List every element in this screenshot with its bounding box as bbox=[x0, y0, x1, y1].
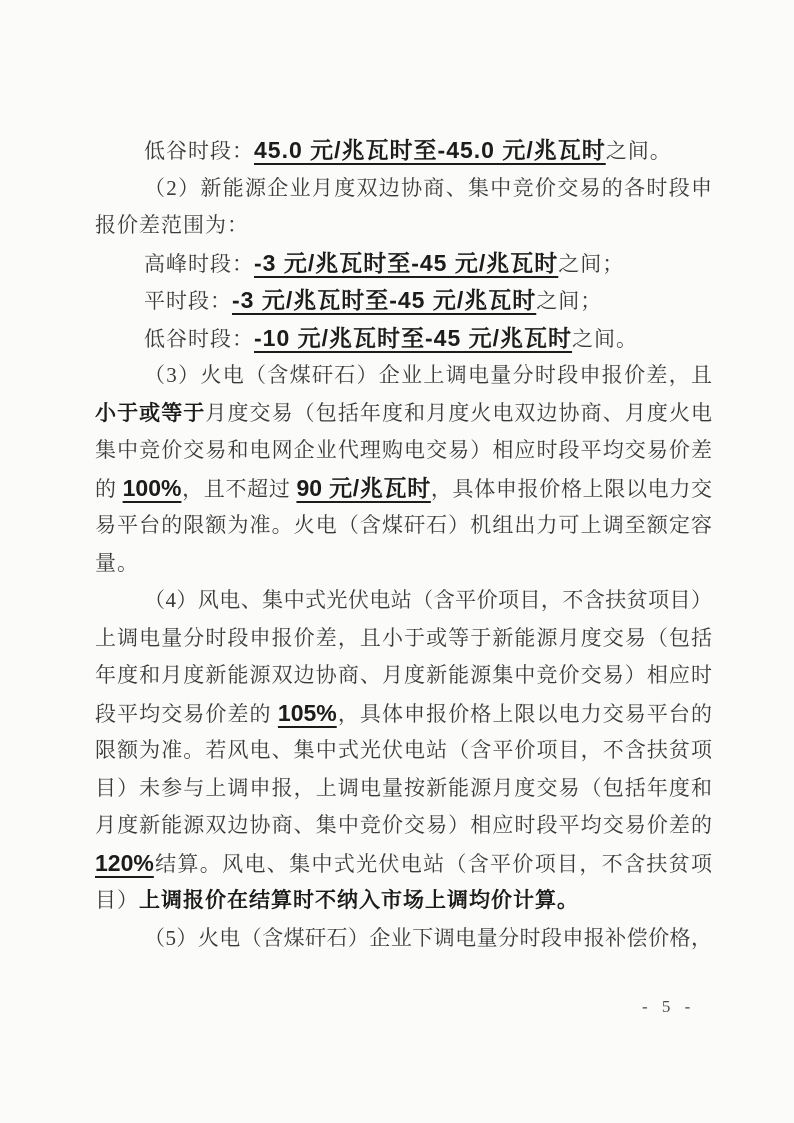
text-segment: 月度交易（包括年度和月度火电双边协商、月度火电 bbox=[205, 401, 712, 425]
text-segment: 目） bbox=[95, 888, 139, 912]
text-segment: 上调电量分时段申报价差，且小于或等于新能源月度交易（包括 bbox=[95, 626, 712, 650]
price-value-segment: -3 元/兆瓦时至-45 元/兆瓦时 bbox=[254, 250, 558, 276]
text-segment: ，且不超过 bbox=[181, 477, 296, 501]
text-line: 目）未参与上调申报，上调电量按新能源月度交易（包括年度和 bbox=[95, 770, 712, 808]
text-segment: 之间； bbox=[536, 289, 602, 313]
text-segment: 限额为准。若风电、集中式光伏电站（含平价项目，不含扶贫项 bbox=[95, 738, 712, 762]
text-line: 报价差范围为： bbox=[95, 207, 712, 245]
text-segment: 年度和月度新能源双边协商、月度新能源集中竞价交易）相应时 bbox=[95, 663, 712, 687]
text-segment: 易平台的限额为准。火电（含煤矸石）机组出力可上调至额定容 bbox=[95, 513, 712, 537]
text-segment: 之间。 bbox=[606, 139, 672, 163]
text-segment: （5）火电（含煤矸石）企业下调电量分时段申报补偿价格， bbox=[144, 926, 712, 950]
text-segment: 的 bbox=[95, 477, 123, 501]
price-value-segment: 120% bbox=[95, 850, 154, 876]
text-segment: 低谷时段： bbox=[144, 327, 254, 351]
document-page: 低谷时段：45.0 元/兆瓦时至-45.0 元/兆瓦时之间。 （2）新能源企业月… bbox=[0, 0, 794, 1123]
text-segment: 低谷时段： bbox=[144, 139, 254, 163]
text-line: 平时段：-3 元/兆瓦时至-45 元/兆瓦时之间； bbox=[95, 282, 712, 320]
text-line: （3）火电（含煤矸石）企业上调电量分时段申报价差，且 bbox=[95, 357, 712, 395]
price-value-segment: -10 元/兆瓦时至-45 元/兆瓦时 bbox=[254, 325, 572, 351]
price-value-segment: 45.0 元/兆瓦时至-45.0 元/兆瓦时 bbox=[254, 137, 606, 163]
text-line: 月度新能源双边协商、集中竞价交易）相应时段平均交易价差的 bbox=[95, 807, 712, 845]
text-line: 低谷时段：-10 元/兆瓦时至-45 元/兆瓦时之间。 bbox=[95, 320, 712, 358]
text-segment: 集中竞价交易和电网企业代理购电交易）相应时段平均交易价差 bbox=[95, 438, 712, 462]
text-segment: （3）火电（含煤矸石）企业上调电量分时段申报价差，且 bbox=[144, 363, 712, 387]
text-line: 上调电量分时段申报价差，且小于或等于新能源月度交易（包括 bbox=[95, 620, 712, 658]
emphasis-segment: 上调报价在结算时不纳入市场上调均价计算。 bbox=[139, 888, 579, 912]
text-segment: （2）新能源企业月度双边协商、集中竞价交易的各时段申 bbox=[144, 176, 712, 200]
text-line: （4）风电、集中式光伏电站（含平价项目，不含扶贫项目） bbox=[95, 582, 712, 620]
text-segment: 高峰时段： bbox=[144, 252, 254, 276]
text-line: 易平台的限额为准。火电（含煤矸石）机组出力可上调至额定容 bbox=[95, 507, 712, 545]
text-segment: 量。 bbox=[95, 551, 139, 575]
text-segment: 月度新能源双边协商、集中竞价交易）相应时段平均交易价差的 bbox=[95, 813, 712, 837]
text-line: （5）火电（含煤矸石）企业下调电量分时段申报补偿价格， bbox=[95, 920, 712, 958]
text-segment: ，具体申报价格上限以电力交 bbox=[431, 477, 712, 501]
text-line: 小于或等于月度交易（包括年度和月度火电双边协商、月度火电 bbox=[95, 395, 712, 433]
text-line: 段平均交易价差的 105%，具体申报价格上限以电力交易平台的 bbox=[95, 695, 712, 733]
price-value-segment: 90 元/兆瓦时 bbox=[296, 475, 430, 501]
text-segment: 平时段： bbox=[144, 289, 232, 313]
text-line: 量。 bbox=[95, 545, 712, 583]
text-segment: 结算。风电、集中式光伏电站（含平价项目，不含扶贫项 bbox=[154, 852, 712, 876]
text-line: 的 100%，且不超过 90 元/兆瓦时，具体申报价格上限以电力交 bbox=[95, 470, 712, 508]
text-line: 低谷时段：45.0 元/兆瓦时至-45.0 元/兆瓦时之间。 bbox=[95, 132, 712, 170]
page-number: - 5 - bbox=[642, 997, 695, 1017]
text-segment: 之间。 bbox=[572, 327, 638, 351]
text-line: 高峰时段：-3 元/兆瓦时至-45 元/兆瓦时之间； bbox=[95, 245, 712, 283]
price-value-segment: -3 元/兆瓦时至-45 元/兆瓦时 bbox=[232, 287, 536, 313]
text-segment: 目）未参与上调申报，上调电量按新能源月度交易（包括年度和 bbox=[95, 776, 712, 800]
text-line: （2）新能源企业月度双边协商、集中竞价交易的各时段申 bbox=[95, 170, 712, 208]
text-segment: 之间； bbox=[558, 252, 624, 276]
text-line: 年度和月度新能源双边协商、月度新能源集中竞价交易）相应时 bbox=[95, 657, 712, 695]
text-segment: ，具体申报价格上限以电力交易平台的 bbox=[337, 702, 712, 726]
emphasis-segment: 小于或等于 bbox=[95, 401, 205, 425]
text-segment: 段平均交易价差的 bbox=[95, 702, 278, 726]
text-line: 目）上调报价在结算时不纳入市场上调均价计算。 bbox=[95, 882, 712, 920]
price-value-segment: 100% bbox=[123, 475, 182, 501]
text-line: 限额为准。若风电、集中式光伏电站（含平价项目，不含扶贫项 bbox=[95, 732, 712, 770]
text-line: 集中竞价交易和电网企业代理购电交易）相应时段平均交易价差 bbox=[95, 432, 712, 470]
text-segment: （4）风电、集中式光伏电站（含平价项目，不含扶贫项目） bbox=[144, 588, 712, 612]
document-body: 低谷时段：45.0 元/兆瓦时至-45.0 元/兆瓦时之间。 （2）新能源企业月… bbox=[95, 132, 712, 957]
price-value-segment: 105% bbox=[278, 700, 337, 726]
text-line: 120%结算。风电、集中式光伏电站（含平价项目，不含扶贫项 bbox=[95, 845, 712, 883]
text-segment: 报价差范围为： bbox=[95, 213, 249, 237]
